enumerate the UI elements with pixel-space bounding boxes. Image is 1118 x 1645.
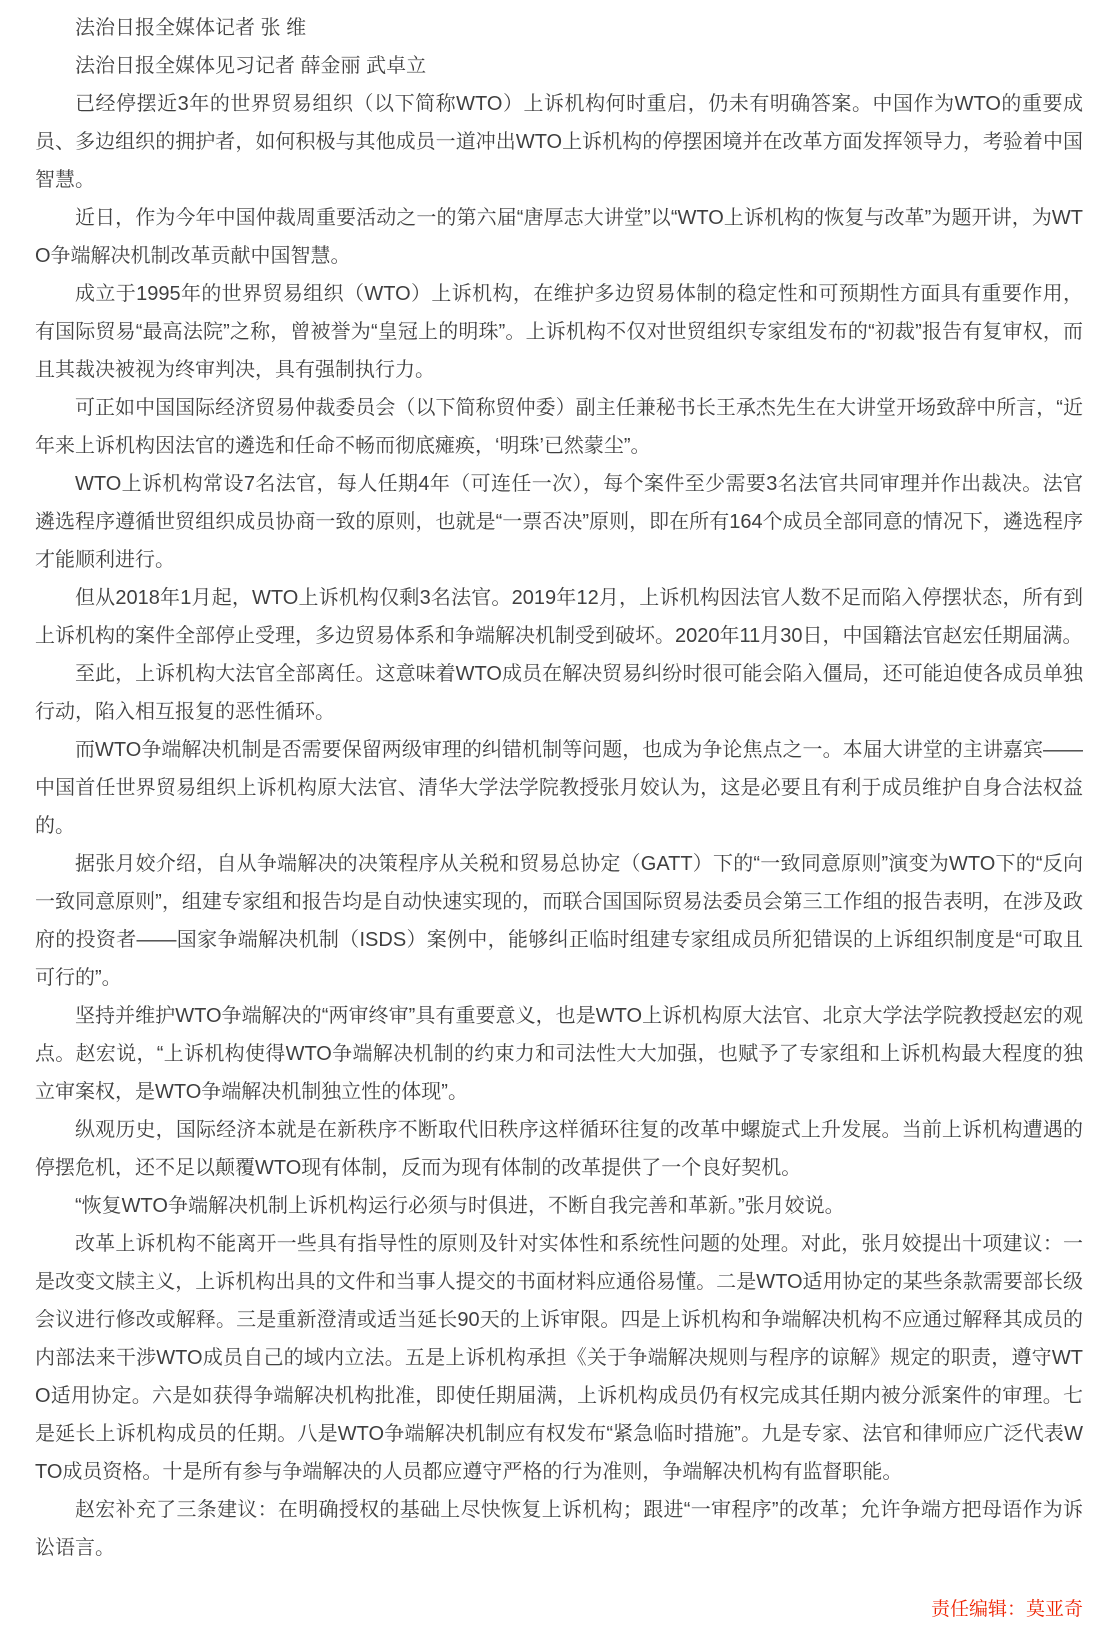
article-paragraph: 而WTO争端解决机制是否需要保留两级审理的纠错机制等问题，也成为争论焦点之一。本… — [35, 731, 1083, 845]
editor-credit: 责任编辑：莫亚奇 — [35, 1591, 1083, 1629]
article-body: 法治日报全媒体记者 张 维 法治日报全媒体见习记者 薛金丽 武卓立 已经停摆近3… — [0, 0, 1118, 1629]
article-page: { "page": { "background": "#ffffff", "te… — [0, 0, 1118, 1645]
article-paragraph: 赵宏补充了三条建议：在明确授权的基础上尽快恢复上诉机构；跟进“一审程序”的改革；… — [35, 1491, 1083, 1567]
byline-reporter: 法治日报全媒体记者 张 维 — [35, 9, 1083, 47]
article-paragraph: 可正如中国国际经济贸易仲裁委员会（以下简称贸仲委）副主任兼秘书长王承杰先生在大讲… — [35, 389, 1083, 465]
article-paragraph: 坚持并维护WTO争端解决的“两审终审”具有重要意义，也是WTO上诉机构原大法官、… — [35, 997, 1083, 1111]
article-paragraph: 近日，作为今年中国仲裁周重要活动之一的第六届“唐厚志大讲堂”以“WTO上诉机构的… — [35, 199, 1083, 275]
article-paragraph: 据张月姣介绍，自从争端解决的决策程序从关税和贸易总协定（GATT）下的“一致同意… — [35, 845, 1083, 997]
article-paragraph: 纵观历史，国际经济本就是在新秩序不断取代旧秩序这样循环往复的改革中螺旋式上升发展… — [35, 1111, 1083, 1187]
byline-trainee-reporters: 法治日报全媒体见习记者 薛金丽 武卓立 — [35, 47, 1083, 85]
article-paragraph: 至此，上诉机构大法官全部离任。这意味着WTO成员在解决贸易纠纷时很可能会陷入僵局… — [35, 655, 1083, 731]
article-paragraph: 成立于1995年的世界贸易组织（WTO）上诉机构，在维护多边贸易体制的稳定性和可… — [35, 275, 1083, 389]
article-paragraph: 已经停摆近3年的世界贸易组织（以下简称WTO）上诉机构何时重启，仍未有明确答案。… — [35, 85, 1083, 199]
article-paragraph: 改革上诉机构不能离开一些具有指导性的原则及针对实体性和系统性问题的处理。对此，张… — [35, 1225, 1083, 1491]
article-paragraph: WTO上诉机构常设7名法官，每人任期4年（可连任一次），每个案件至少需要3名法官… — [35, 465, 1083, 579]
article-paragraph: “恢复WTO争端解决机制上诉机构运行必须与时俱进，不断自我完善和革新。”张月姣说… — [35, 1187, 1083, 1225]
article-paragraph: 但从2018年1月起，WTO上诉机构仅剩3名法官。2019年12月，上诉机构因法… — [35, 579, 1083, 655]
